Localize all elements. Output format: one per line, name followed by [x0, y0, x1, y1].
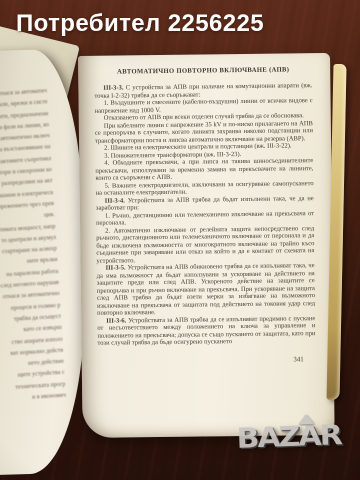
photo-background: се отнася за автоматич централи, мрежи и…: [0, 0, 360, 480]
book-left-page: се отнася за автоматич централи, мрежи и…: [0, 49, 90, 476]
paragraph-text: Устройствата на АПВ обикновено трябва да…: [97, 262, 315, 317]
paragraph: При кабелните линии с напрежение 35 kV и…: [95, 120, 313, 145]
page-number: 341: [98, 356, 316, 366]
paragraph: 4. Обходните прекъсвачи, а при липса на …: [95, 157, 313, 182]
book-right-page: АВТОМАТИЧНО ПОВТОРНО ВКЛЮЧВАНЕ (АПВ) III…: [78, 53, 335, 438]
paragraph: 2. Автоматично изключване от релейната з…: [96, 225, 314, 265]
paragraph-text: При кабелните линии с напрежение 35 kV и…: [95, 120, 313, 145]
user-watermark: Потребител 2256225: [16, 10, 264, 38]
paragraph-text: 2. Автоматично изключване от релейната з…: [96, 225, 314, 265]
logo-caret-icon: [298, 414, 314, 425]
bazar-logo-watermark: BAZAR: [236, 419, 341, 455]
section-number: III-3-6.: [106, 317, 128, 324]
paragraph-text: 4. Обходните прекъсвачи, а при липса на …: [95, 157, 313, 182]
right-page-content: АВТОМАТИЧНО ПОВТОРНО ВКЛЮЧВАНЕ (АПВ) III…: [94, 66, 316, 365]
left-page-text: се отнася за автоматич централи, мрежи и…: [0, 86, 66, 406]
paragraph-text: Устройствата за АПВ трябва да се изпълня…: [97, 315, 315, 347]
section-number: III-3-3.: [103, 84, 125, 91]
section-number: III-3-5.: [106, 264, 128, 271]
page-title: АВТОМАТИЧНО ПОВТОРНО ВКЛЮЧВАНЕ (АПВ): [94, 66, 312, 76]
bazar-logo-text: BAZAR: [236, 419, 341, 455]
paragraph: III-3-6.Устройствата за АПВ трябва да се…: [97, 315, 315, 348]
paragraph: III-3-5.Устройствата на АПВ обикновено т…: [97, 262, 316, 317]
section-number: III-3-4.: [105, 197, 128, 204]
